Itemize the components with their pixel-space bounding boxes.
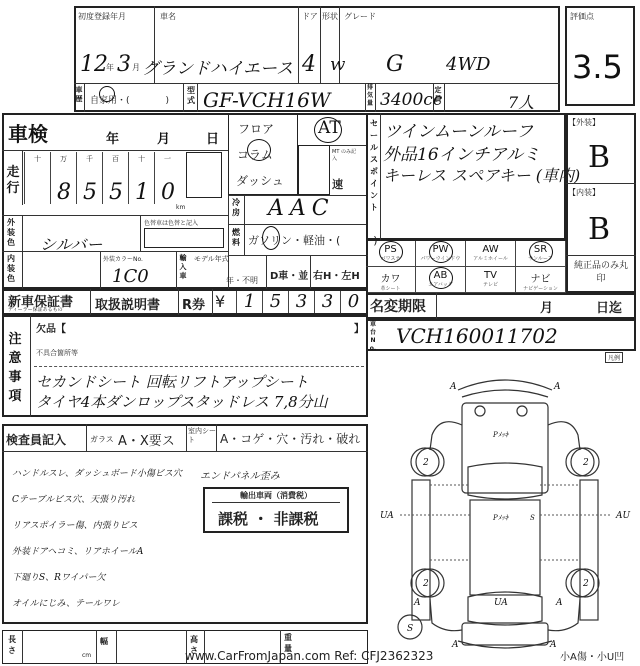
ac-value: AAC xyxy=(268,196,335,221)
missing-label: 欠品【 xyxy=(36,320,66,335)
displacement-label: 排気量 xyxy=(365,84,375,108)
option-code: TV xyxy=(484,270,497,281)
svg-text:Pﾒｯｷ: Pﾒｯｷ xyxy=(492,431,510,439)
reg-date-label: 初度登録年月 xyxy=(78,11,126,22)
mileage-unit: km xyxy=(176,204,185,211)
mileage-digit: 5 xyxy=(83,180,97,205)
exterior-label: 【外装】 xyxy=(568,117,600,128)
svg-text:UA: UA xyxy=(494,598,508,608)
fuel-selected-circle xyxy=(262,226,280,250)
ext-color-label: 外装色 xyxy=(5,218,17,248)
warranty-sub: ディーラー保証あるもの xyxy=(8,306,63,313)
model-label: 型式 xyxy=(185,86,197,106)
shape-label: 形状 xyxy=(322,11,338,22)
reg-month: 3 xyxy=(117,52,131,77)
manual-label: 取扱説明書 xyxy=(95,294,160,313)
recycle-digit: 3 xyxy=(288,291,314,313)
option-sub: アルミホイール xyxy=(466,255,515,262)
import-label: 輸入車 xyxy=(178,254,188,281)
recycle-label: R券 xyxy=(182,294,205,313)
usage-circle xyxy=(99,86,115,102)
mileage-digit-label: 千 xyxy=(86,154,93,164)
option-code: カワ xyxy=(381,274,401,285)
shift-selected-circle xyxy=(247,139,271,161)
option-sub: ナビゲーション xyxy=(516,285,565,292)
mileage-digit: 1 xyxy=(135,180,149,205)
handle-label: 右H・左H xyxy=(313,267,360,282)
svg-text:2: 2 xyxy=(422,579,429,589)
model-year-label: モデル年式 xyxy=(194,254,229,264)
capacity-value: 7人 xyxy=(508,90,534,113)
glass-label: ガラス xyxy=(90,434,114,445)
doors-label: ドア xyxy=(302,11,318,22)
yen-sign: ¥ xyxy=(215,292,225,311)
option-tv: TVテレビ xyxy=(466,267,516,293)
grade-label: グレード xyxy=(344,11,376,22)
mileage-digit: 0 xyxy=(161,180,175,205)
svg-text:A: A xyxy=(549,640,557,650)
doors-value: 4 xyxy=(302,52,316,77)
mileage-digit-cell: 万8 xyxy=(50,152,76,204)
int-color-label: 内装色 xyxy=(5,254,17,284)
interior-grade: B xyxy=(588,212,610,247)
chassis-number: VCH160011702 xyxy=(396,324,558,348)
svg-text:S: S xyxy=(407,624,413,634)
mt-value: 速 xyxy=(332,176,343,192)
shaken-month-label: 月 xyxy=(157,128,170,147)
month-unit: 月 xyxy=(132,62,140,73)
inspector-comment: ハンドルスレ、ダッシュボード小傷ビス穴 xyxy=(12,466,182,479)
score-label: 評価点 xyxy=(570,11,594,22)
capacity-label: 定員 xyxy=(433,86,443,104)
dealer-label: D車・並 xyxy=(270,267,308,282)
option-code: ナビ xyxy=(531,274,551,285)
ac-label: 冷房 xyxy=(230,198,242,218)
fuel-label: 燃料 xyxy=(230,228,242,248)
car-name: グランドハイエース xyxy=(142,54,293,79)
svg-text:UA: UA xyxy=(380,511,394,521)
option-circled xyxy=(529,241,553,263)
mileage-digit-label: 万 xyxy=(60,154,67,164)
notes-line: タイヤ4本ダンロップスタッドレス 7,8分山 xyxy=(36,391,328,412)
width-label: 幅 xyxy=(98,636,110,647)
drive-value: 4WD xyxy=(446,54,490,75)
mileage-label: 走行 xyxy=(6,165,20,197)
shift-floor: フロア xyxy=(238,120,274,137)
svg-text:Pﾒｯｷ: Pﾒｯｷ xyxy=(492,514,510,522)
option-circled xyxy=(429,267,453,289)
svg-text:2: 2 xyxy=(582,579,589,589)
length-label: 長さ xyxy=(6,634,18,656)
mileage-digit-cell: 百5 xyxy=(102,152,128,204)
length-unit: cm xyxy=(82,652,91,659)
option-aw: AWアルミホイール xyxy=(466,241,516,267)
exterior-grade: B xyxy=(588,140,610,175)
car-name-label: 車名 xyxy=(160,11,176,22)
grade-value: G xyxy=(386,52,404,77)
shaken-day-label: 日 xyxy=(206,128,219,147)
shaken-label: 車検 xyxy=(8,118,48,147)
mt-note: MT のみ記入 xyxy=(332,148,360,162)
name-change-label: 名変期限 xyxy=(370,296,426,316)
comment-right: エンドパネル歪み xyxy=(200,467,280,482)
sales-point-line: ツインムーンルーフ xyxy=(384,117,533,142)
notes-line: セカンドシート 回転リフトアップシート xyxy=(36,371,309,392)
missing-close: 】 xyxy=(354,320,364,335)
option-code: AW xyxy=(482,244,498,255)
tax-box-title: 輸出車両（消費税） xyxy=(240,490,312,501)
mileage-digit: 5 xyxy=(109,180,123,205)
watermark: www.CarFromJapan.com Ref: CFJ2362323 xyxy=(185,649,433,663)
option-ab: ABエアバッグ xyxy=(416,267,466,293)
seat-value: A・コゲ・穴・汚れ・破れ xyxy=(220,430,360,447)
svg-text:AU: AU xyxy=(615,511,630,521)
option-ナビ: ナビナビゲーション xyxy=(516,267,566,293)
model-code: GF-VCH16W xyxy=(203,88,330,112)
name-change-month: 月 xyxy=(540,297,553,316)
tax-box-value: 課税 ・ 非課税 xyxy=(218,508,318,529)
sales-point-line: 外品16インチアルミ xyxy=(383,140,540,165)
color-change-label: 色替車は色替と記入 xyxy=(144,218,198,227)
mileage-digit-cell: 十1 xyxy=(128,152,154,204)
svg-text:A: A xyxy=(413,598,421,608)
option-sub: 革シート xyxy=(366,285,415,292)
sales-point-line: キーレス スペアキー (車内) xyxy=(383,163,580,186)
mileage-digit-cell: 一0 xyxy=(154,152,180,204)
shaken-year-label: 年 xyxy=(106,128,119,147)
inspector-comment: Cテーブルビス穴、天張り汚れ xyxy=(12,492,135,505)
option-sub: テレビ xyxy=(466,281,515,288)
color-no-value: 1C0 xyxy=(112,266,149,287)
score-value: 3.5 xyxy=(572,48,623,86)
notes-label: 注意事項 xyxy=(7,330,23,406)
genuine-label: 純正品のみ丸印 xyxy=(570,260,632,286)
recycle-digit: 1 xyxy=(236,291,262,313)
recycle-digit: 3 xyxy=(314,291,340,313)
damage-mark: A xyxy=(553,382,561,392)
inspector-comment: オイルにじみ、テールワレ xyxy=(12,596,120,609)
shift-dash: ダッシュ xyxy=(236,172,284,189)
option-circled xyxy=(429,241,453,263)
mileage-digit-cell: 千5 xyxy=(76,152,102,204)
damage-mark: A xyxy=(449,382,457,392)
svg-text:2: 2 xyxy=(422,458,429,468)
color-no-label: 外装カラーNo. xyxy=(103,254,143,263)
mileage-digit-label: 百 xyxy=(112,154,119,164)
option-pw: PWパワーウインドウ xyxy=(416,241,466,267)
option-ps: PSパワステ xyxy=(366,241,416,267)
transmission-value: AT xyxy=(318,118,341,138)
mileage-digit-cell: 十 xyxy=(24,152,50,204)
seat-label: 室内シート xyxy=(188,427,216,445)
glass-value: A・X要ス xyxy=(118,430,175,449)
svg-text:A: A xyxy=(451,640,459,650)
inspector-comment: 下廻りS、Rワイパー欠 xyxy=(12,570,106,583)
recycle-digit: 5 xyxy=(262,291,288,313)
model-year-value: 年・不明 xyxy=(226,275,258,286)
chassis-label: 車台No. xyxy=(368,321,378,353)
option-sr: SRサンルーフ xyxy=(516,241,566,267)
mileage-digit: 8 xyxy=(57,180,71,205)
mileage-digit-label: 十 xyxy=(34,154,41,164)
mileage-digit-label: 一 xyxy=(164,154,171,164)
usage-label: 車歴 xyxy=(74,86,84,104)
sales-points-label: セールスポイント xyxy=(368,118,380,214)
svg-text:S: S xyxy=(530,514,535,522)
option-カワ: カワ革シート xyxy=(366,267,416,293)
inspector-comment: リアスポイラー傷、内張りビス xyxy=(12,518,138,531)
inspector-label: 検査員記入 xyxy=(6,431,66,448)
defect-label: 不具合箇所等 xyxy=(36,348,78,358)
year-unit: 年 xyxy=(106,62,114,73)
option-circled xyxy=(379,241,403,263)
diagram-legend: 小A傷・小U凹 xyxy=(560,648,624,663)
name-change-day: 日迄 xyxy=(596,297,622,316)
svg-text:2: 2 xyxy=(582,458,589,468)
inspector-comment: 外装ドアヘコミ、リアホイールA xyxy=(12,544,143,557)
recycle-digit: 0 xyxy=(340,291,366,313)
svg-text:A: A xyxy=(555,598,563,608)
car-damage-diagram: A A 2 2 Pﾒｯｷ Pﾒｯｷ UA AU S 2 2 A A UA S A… xyxy=(370,355,640,655)
shape-value: W xyxy=(330,54,345,75)
interior-label: 【内装】 xyxy=(568,187,600,198)
mileage-digit-label: 十 xyxy=(138,154,145,164)
reg-year: 12 xyxy=(80,52,108,77)
